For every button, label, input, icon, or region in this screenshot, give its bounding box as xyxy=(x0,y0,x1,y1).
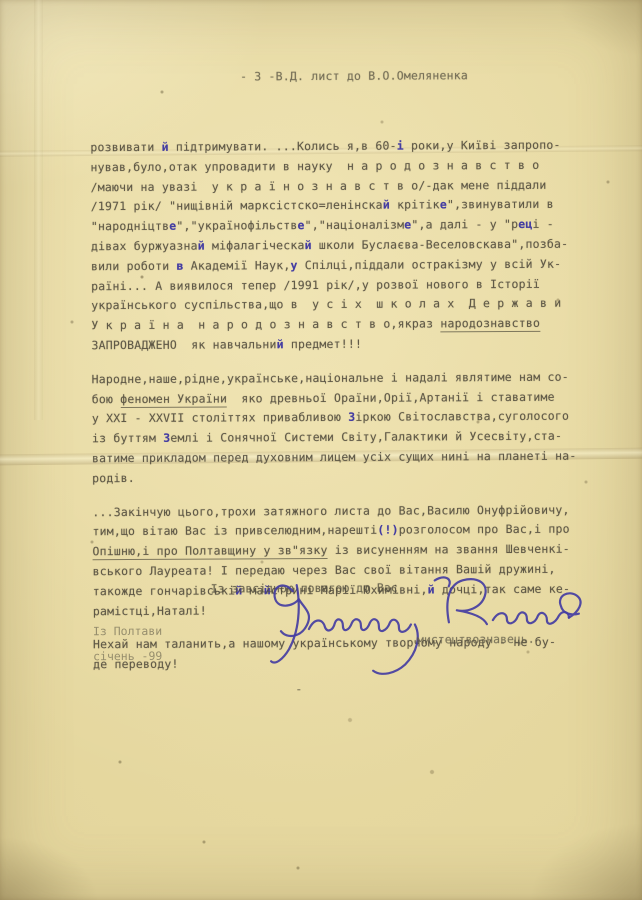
typed-text: предмет!!! xyxy=(284,337,362,351)
handwritten-correction: в xyxy=(176,258,183,272)
typed-text: вили роботи xyxy=(91,259,177,273)
typed-text: розголосом про Вас,і про xyxy=(399,522,570,537)
letter-line: українського суспільства,що в у с і х ш … xyxy=(91,294,577,316)
letter-line: Народне,наше,рідне,українське,національн… xyxy=(92,367,578,389)
page-header: - 3 -В.Д. лист до В.О.Омеляненка xyxy=(240,65,576,87)
letter-line: /1971 рік/ "нищівній марксістско=ленінск… xyxy=(91,195,577,217)
typed-text: раїні... А виявилося тепер /1991 рік/,у … xyxy=(91,276,540,292)
handwritten-correction: й xyxy=(198,239,205,253)
typed-text: роки,у Київі запропо- xyxy=(404,138,561,153)
typed-text: у XXI - XXVII століттях привабливою xyxy=(92,410,349,425)
paragraph: розвивати й підтримувати. ...Колись я,в … xyxy=(90,136,577,356)
typed-text: ...Закінчую цього,трохи затяжного листа … xyxy=(92,502,569,518)
typed-text: ",звинуватили в xyxy=(447,197,554,212)
handwritten-correction: ец xyxy=(518,217,532,231)
typed-text: українського суспільства,що в у с і х ш … xyxy=(91,296,561,312)
handwritten-correction: у xyxy=(290,258,297,272)
handwritten-correction: й xyxy=(305,238,312,252)
typed-text: Опішню,і про Полтавщину у зв"язку xyxy=(92,543,327,560)
letter-line: раїні... А виявилося тепер /1991 рік/,у … xyxy=(91,274,577,296)
handwritten-correction: е xyxy=(297,218,304,232)
typed-text: тим,що вітаю Вас із привселюдним,нарешті xyxy=(92,523,377,538)
typed-text: нував,було,отак упровадити в науку н а р… xyxy=(90,158,539,174)
typed-text: У к р а ї н а н а р о д о з н а в с т в … xyxy=(91,317,440,333)
typed-text: /1971 рік/ "нищівній марксістско=ленінск… xyxy=(91,198,383,214)
letter-line: вили роботи в Академії Наук,у Спілці,під… xyxy=(91,254,577,276)
letter-line: ватиме прикладом перед духовним лицем ус… xyxy=(92,447,578,469)
paragraph: Народне,наше,рідне,українське,національн… xyxy=(92,367,579,488)
typed-text: Академії Наук, xyxy=(184,258,291,273)
typed-text: іркою Світославства,суголосого xyxy=(355,409,569,424)
letter-line: родів. xyxy=(92,466,578,488)
signature-title: мистецтвознавець. xyxy=(417,632,535,647)
typed-text: феномен України xyxy=(120,391,227,408)
handwritten-signature xyxy=(249,571,590,685)
letter-line: нував,було,отак упровадити в науку н а р… xyxy=(90,155,576,177)
typed-text: ",а далі - у "р xyxy=(411,217,518,232)
typed-text: із висуненням на звання Шевченкі- xyxy=(328,542,570,557)
typed-text: родів. xyxy=(92,471,135,485)
handwritten-correction: е xyxy=(169,219,176,233)
typed-text: підтримувати. ...Колись я,в 60- xyxy=(169,139,397,154)
typed-text: ЗАПРОВАДЖЕНО як навчальни xyxy=(91,337,276,352)
typed-text: ","націоналізм xyxy=(305,218,405,233)
letter-line: тим,що вітаю Вас із привселюдним,нарешті… xyxy=(92,520,578,542)
typed-text: рамістці,Наталі! xyxy=(93,603,207,618)
letter-line: розвивати й підтримувати. ...Колись я,в … xyxy=(90,136,576,158)
date-line: січень -99 xyxy=(93,649,162,663)
page-bottom-mark: - xyxy=(295,682,302,696)
typed-text: Народне,наше,рідне,українське,національн… xyxy=(92,369,569,385)
typed-text: школи Буслаєва-Веселовскава",позба- xyxy=(312,237,569,252)
letter-line: бою феномен України яко древньої Ораїни,… xyxy=(92,387,578,409)
handwritten-correction: е xyxy=(404,218,411,232)
typed-text: емлі і Сонячної Системи Світу,Галактики … xyxy=(170,429,562,445)
typed-text: із буттям xyxy=(92,431,163,445)
typed-text: бою xyxy=(92,392,121,406)
letter-line: дівах буржуазнай міфалагіческай школи Бу… xyxy=(91,235,577,257)
typed-text: і - xyxy=(532,217,553,231)
typed-text: Спілці,піддали остракізму у всій Ук- xyxy=(298,257,562,272)
typed-text: крітік xyxy=(390,198,440,212)
typed-text: дівах буржуазна xyxy=(91,239,198,254)
letter-line: із буттям Землі і Сонячної Системи Світу… xyxy=(92,427,578,449)
letter-line: Опішню,і про Полтавщину у зв"язку із вис… xyxy=(92,540,578,562)
letter-photo: - 3 -В.Д. лист до В.О.Омеляненка розвива… xyxy=(0,0,642,900)
typed-text: ","українофільств xyxy=(176,218,297,233)
typed-text: "народніцтв xyxy=(91,219,169,233)
letter-line: У к р а ї н а н а р о д о з н а в с т в … xyxy=(91,314,577,336)
letter-line: "народніцтве","українофільстве","націона… xyxy=(91,215,577,237)
place-line: Із Полтави xyxy=(93,624,162,638)
typed-text: розвивати xyxy=(90,140,161,154)
typed-text: міфалагіческа xyxy=(205,238,305,253)
letter-line: ...Закінчую цього,трохи затяжного листа … xyxy=(92,500,578,522)
letter-line: /маючи на увазі у к р а ї н о з н а в с … xyxy=(91,175,577,197)
handwritten-correction: З xyxy=(348,410,355,424)
letter-line: у XXI - XXVII століттях привабливою Зірк… xyxy=(92,407,578,429)
typed-text: ватиме прикладом перед духовним лицем ус… xyxy=(92,449,576,466)
letter-line: ЗАПРОВАДЖЕНО як навчальний предмет!!! xyxy=(91,334,577,356)
typed-text: яко древньої Ораїни,Орії,Артанії і става… xyxy=(227,389,555,405)
typed-text: /маючи на увазі у к р а ї н о з н а в с … xyxy=(91,177,547,193)
typed-text: народознавство xyxy=(440,316,540,333)
handwritten-correction: (!) xyxy=(377,523,398,537)
